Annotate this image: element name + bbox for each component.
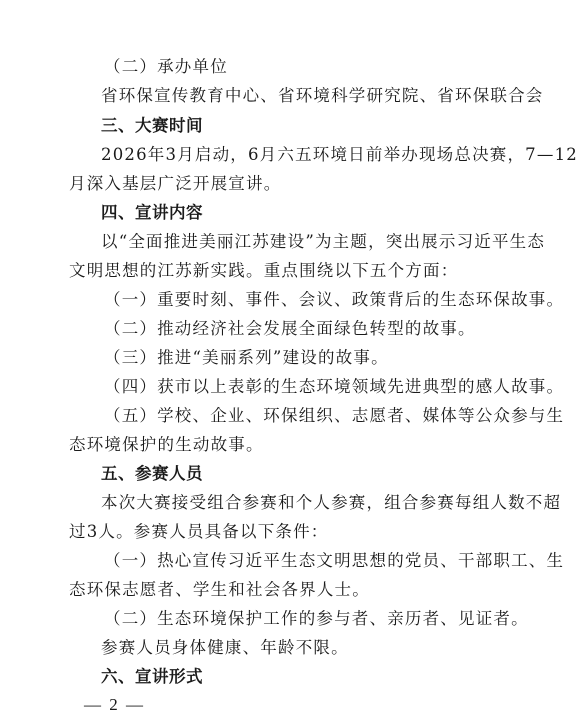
list-item: （一）重要时刻、事件、会议、政策背后的生态环保故事。 — [104, 290, 544, 310]
list-item: （二）生态环境保护工作的参与者、亲历者、见证者。 — [104, 609, 544, 629]
document-page: （二）承办单位省环保宣传教育中心、省环境科学研究院、省环保联合会三、大赛时间20… — [0, 0, 576, 722]
section-heading: 三、大赛时间 — [101, 116, 541, 136]
list-item: （二）推动经济社会发展全面绿色转型的故事。 — [104, 319, 544, 339]
paragraph-line: 以“全面推进美丽江苏建设”为主题，突出展示习近平生态 — [101, 232, 541, 252]
paragraph-line: 态环保志愿者、学生和社会各界人士。 — [69, 580, 509, 600]
section-heading: 六、宣讲形式 — [101, 667, 541, 687]
list-item: （二）承办单位 — [104, 57, 544, 77]
list-item: （四）获市以上表彰的生态环境领域先进典型的感人故事。 — [104, 377, 544, 397]
paragraph-line: 态环境保护的生动故事。 — [69, 435, 509, 455]
page-number: — 2 — — [84, 695, 145, 715]
paragraph-line: 文明思想的江苏新实践。重点围绕以下五个方面： — [69, 261, 509, 281]
paragraph-line: 省环保宣传教育中心、省环境科学研究院、省环保联合会 — [101, 86, 541, 106]
section-heading: 四、宣讲内容 — [101, 203, 541, 223]
paragraph-line: 月深入基层广泛开展宣讲。 — [69, 174, 509, 194]
list-item: （五）学校、企业、环保组织、志愿者、媒体等公众参与生 — [104, 406, 544, 426]
list-item: （三）推进“美丽系列”建设的故事。 — [104, 348, 544, 368]
paragraph-line: 本次大赛接受组合参赛和个人参赛，组合参赛每组人数不超 — [101, 493, 541, 513]
paragraph-line: 参赛人员身体健康、年龄不限。 — [101, 638, 541, 658]
paragraph-line: 2026年3月启动，6月六五环境日前举办现场总决赛，7—12 — [101, 145, 541, 165]
section-heading: 五、参赛人员 — [101, 464, 541, 484]
paragraph-line: 过3人。参赛人员具备以下条件： — [69, 522, 509, 542]
list-item: （一）热心宣传习近平生态文明思想的党员、干部职工、生 — [104, 551, 544, 571]
